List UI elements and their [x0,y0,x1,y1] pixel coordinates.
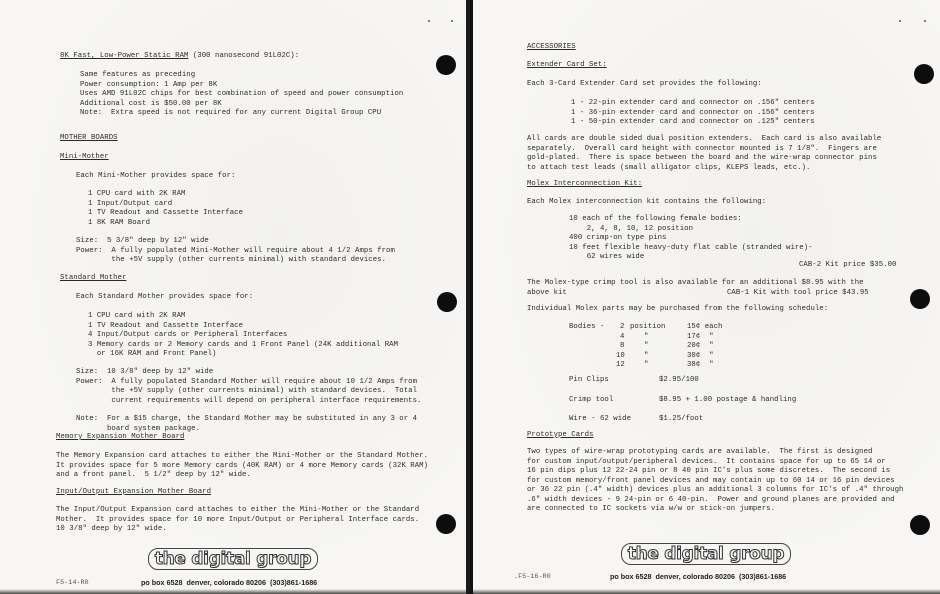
standard-mother-power: the +5V supply (other currents minimal) … [76,387,417,396]
static-ram-line: Uses AMD 91L02C chips for best combinati… [80,90,403,99]
static-ram-line: Power consumption: 1 Amp per 8K [80,81,217,90]
logo-text: the digital group [628,544,784,564]
static-ram-heading: 8K Fast, Low-Power Static RAM [60,52,188,60]
bodies-label: Bodies - [569,323,604,332]
part-label: Wire - 62 wide [569,415,631,424]
punch-hole [914,64,934,84]
io-expansion-heading: Input/Output Expansion Mother Board [56,488,211,497]
molex-heading: Molex Interconnection Kit: [527,180,642,189]
extender-description: separately. Overall card height with con… [527,145,877,154]
memory-expansion-line: The Memory Expansion card attaches to ei… [56,452,428,461]
extender-item: 1 - 50-pin extender card and connector o… [571,118,815,127]
mini-mother-item: 1 Input/Output card [88,200,172,209]
standard-mother-item: 1 CPU card with 2K RAM [88,312,185,321]
static-ram-line: Note: Extra speed is not required for an… [80,109,381,118]
static-ram-heading-line: 8K Fast, Low-Power Static RAM (300 nanos… [60,52,299,61]
io-expansion-line: 10 3/8" deep by 12" wide. [56,525,167,534]
scan-speck [899,20,901,22]
punch-hole [910,289,930,309]
standard-mother-power: Power: A fully populated Standard Mother… [76,378,417,387]
mother-boards-heading: MOTHER BOARDS [60,134,118,143]
prototype-line: or 36 22 pin (.4" width) devices plus an… [527,486,903,495]
part-label: Crimp tool [569,396,613,405]
memory-expansion-line: and a front panel. 5 1/2" deep by 12" wi… [56,471,251,480]
body-unit: " [644,342,648,351]
prototype-line: are connected to IC sockets via w/w or s… [527,505,775,514]
punch-hole [910,515,930,535]
extender-description: to attach test leads (small alligator cl… [527,164,810,173]
document-number: .F5-16-R0 [514,573,551,581]
mini-mother-power: the +5V supply (other currents minimal) … [76,256,386,265]
mini-mother-item: 1 8K RAM Board [88,219,150,228]
schedule-intro: Individual Molex parts may be purchased … [527,305,828,314]
company-address: po box 6528 denver, colorado 80206 (303)… [610,572,786,581]
digital-group-logo: the digital group [148,548,318,570]
extender-description: gold-plated. There is space between the … [527,154,877,163]
standard-mother-item: 4 Input/Output cards or Peripheral Inter… [88,331,287,340]
page-edge-shadow [0,589,466,594]
extender-description: All cards are double sided dual position… [527,135,881,144]
punch-hole [437,292,457,312]
body-price: 20¢ " [687,342,714,351]
body-size: 10 [616,352,625,361]
body-price: 17¢ " [687,333,714,342]
prototype-line: 16 pin dips plus 12 22-24 pin or 8 40 pi… [527,467,890,476]
body-price: 15¢ each [687,323,722,332]
standard-mother-heading: Standard Mother [60,274,126,283]
memory-expansion-heading: Memory Expansion Mother Board [56,433,184,442]
prototype-line: for custom input/output/peripheral devic… [527,458,886,467]
scan-speck [428,20,430,22]
memory-expansion-line: It provides space for 5 more Memory card… [56,462,428,471]
body-size: 2 [620,323,624,332]
crimp-tool-offer: The Molex-type crimp tool is also availa… [527,279,864,288]
part-price: $2.95/100 [659,376,699,385]
static-ram-line: Additional cost is $50.00 per 8K [80,100,222,109]
molex-item: 10 each of the following female bodies: [569,215,742,224]
company-address: po box 6528 denver, colorado 80206 (303)… [141,578,317,587]
crimp-tool-offer: above kit [527,289,567,298]
prototype-line: Two types of wire-wrap prototyping cards… [527,448,872,457]
extender-heading: Extender Card Set: [527,61,607,70]
body-unit: " [644,361,648,370]
io-expansion-line: The Input/Output Expansion card attaches… [56,506,419,515]
prototype-heading: Prototype Cards [527,431,593,440]
mini-mother-intro: Each Mini-Mother provides space for: [76,172,235,181]
part-price: $8.95 + 1.00 postage & handling [659,396,796,405]
body-size: 4 [620,333,624,342]
io-expansion-line: Mother. It provides space for 10 more In… [56,516,419,525]
mini-mother-power: Power: A fully populated Mini-Mother wil… [76,247,395,256]
static-ram-heading-suffix: (300 nanosecond 91L02C): [188,52,299,60]
body-unit: " [644,333,648,342]
left-page: 8K Fast, Low-Power Static RAM (300 nanos… [0,0,466,594]
body-unit: " [644,352,648,361]
body-size: 8 [620,342,624,351]
right-page: ACCESSORIES Extender Card Set: Each 3-Ca… [470,0,940,594]
punch-hole [436,55,456,75]
mini-mother-size: Size: 5 3/8" deep by 12" wide [76,237,209,246]
cab1-kit-price: CAB-1 Kit with tool price $43.95 [727,289,869,298]
cab2-kit-price: CAB-2 Kit price $35.00 [799,261,896,270]
extender-intro: Each 3-Card Extender Card set provides t… [527,80,762,89]
molex-item: 10 feet flexible heavy-duty flat cable (… [569,244,813,253]
extender-item: 1 - 22-pin extender card and connector o… [571,99,815,108]
body-unit: position [630,323,665,332]
scan-speck [451,20,453,22]
standard-mother-item: 3 Memory cards or 2 Memory cards and 1 F… [88,341,398,350]
logo-text: the digital group [155,549,311,569]
mini-mother-item: 1 TV Readout and Cassette Interface [88,209,243,218]
part-label: Pin Clips [569,376,609,385]
mini-mother-item: 1 CPU card with 2K RAM [88,190,185,199]
standard-mother-intro: Each Standard Mother provides space for: [76,293,253,302]
punch-hole [436,514,456,534]
static-ram-line: Same features as preceding [80,71,195,80]
extender-item: 1 - 36-pin extender card and connector o… [571,109,815,118]
part-price: $1.25/foot [659,415,703,424]
molex-intro: Each Molex interconnection kit contains … [527,198,766,207]
standard-mother-item: or 16K RAM and Front Panel) [88,350,216,359]
prototype-line: for custom memory/front panel devices an… [527,477,895,486]
molex-item: 2, 4, 8, 10, 12 position [569,225,693,234]
scan-speck [924,20,926,22]
page-edge-shadow [473,589,940,594]
document-number: F5-14-R0 [56,579,89,587]
prototype-line: .6" width devices - 9 24-pin or 6 40-pin… [527,496,895,505]
standard-mother-size: Size: 10 3/8" deep by 12" wide [76,368,213,377]
digital-group-logo: the digital group [621,543,791,565]
standard-mother-power: current requirements will depend on peri… [76,397,421,406]
body-price: 38¢ " [687,361,714,370]
accessories-heading: ACCESSORIES [527,43,576,52]
standard-mother-item: 1 TV Readout and Cassette Interface [88,322,243,331]
body-price: 30¢ " [687,352,714,361]
body-size: 12 [616,361,625,370]
molex-item: 400 crimp-on type pins [569,234,666,243]
standard-mother-note: Note: For a $15 charge, the Standard Mot… [76,415,417,424]
molex-item: 62 wires wide [569,253,644,262]
mini-mother-heading: Mini-Mother [60,153,109,162]
